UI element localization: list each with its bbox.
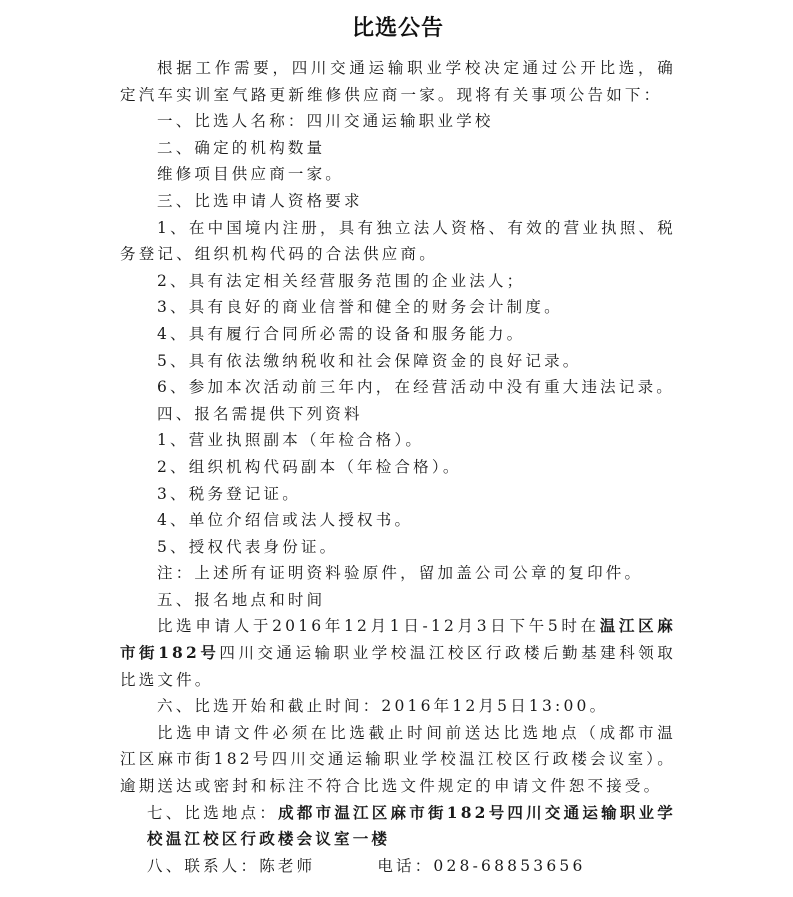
qualification-item: 5、具有依法缴纳税收和社会保障资金的良好记录。 xyxy=(120,348,676,375)
required-document-item: 3、税务登记证。 xyxy=(120,481,676,508)
qualification-item: 6、参加本次活动前三年内，在经营活动中没有重大违法记录。 xyxy=(120,374,676,401)
qualification-item: 3、具有良好的商业信誉和健全的财务会计制度。 xyxy=(120,294,676,321)
qualification-item: 1、在中国境内注册，具有独立法人资格、有效的营业执照、税务登记、组织机构代码的合… xyxy=(120,215,676,268)
section-5-heading: 五、报名地点和时间 xyxy=(120,587,676,614)
section-6-heading: 六、比选开始和截止时间：2016年12月5日13:00。 xyxy=(120,693,676,720)
section-8-contact: 八、联系人：陈老师电话：028-68853656 xyxy=(120,853,676,880)
section-7-location: 七、比选地点：成都市温江区麻市街182号四川交通运输职业学校温江校区行政楼会议室… xyxy=(120,800,676,853)
section-3-heading: 三、比选申请人资格要求 xyxy=(120,188,676,215)
section-2-heading: 二、确定的机构数量 xyxy=(120,135,676,162)
required-document-item: 5、授权代表身份证。 xyxy=(120,534,676,561)
required-document-item: 2、组织机构代码副本（年检合格）。 xyxy=(120,454,676,481)
contact-phone: 电话：028-68853656 xyxy=(377,857,585,875)
section-1-comparer-name: 一、比选人名称：四川交通运输职业学校 xyxy=(120,108,676,135)
page-title: 比选公告 xyxy=(120,14,676,44)
section-2-body: 维修项目供应商一家。 xyxy=(120,161,676,188)
qualification-item: 4、具有履行合同所必需的设备和服务能力。 xyxy=(120,321,676,348)
qualification-item: 2、具有法定相关经营服务范围的企业法人； xyxy=(120,268,676,295)
section-4-note: 注：上述所有证明资料验原件，留加盖公司公章的复印件。 xyxy=(120,560,676,587)
section-4-heading: 四、报名需提供下列资料 xyxy=(120,401,676,428)
section-6-body: 比选申请文件必须在比选截止时间前送达比选地点（成都市温江区麻市街182号四川交通… xyxy=(120,720,676,800)
intro-paragraph: 根据工作需要，四川交通运输职业学校决定通过公开比选，确定汽车实训室气路更新维修供… xyxy=(120,55,676,108)
section-5-body: 比选申请人于2016年12月1日-12月3日下午5时在温江区麻市街182号四川交… xyxy=(120,613,676,693)
section-7-label: 七、比选地点： xyxy=(147,804,278,822)
required-document-item: 4、单位介绍信或法人授权书。 xyxy=(120,507,676,534)
announcement-document: 比选公告 根据工作需要，四川交通运输职业学校决定通过公开比选，确定汽车实训室气路… xyxy=(120,14,676,879)
section-5-body-pre: 比选申请人于2016年12月1日-12月3日下午5时在 xyxy=(157,617,600,635)
contact-person: 八、联系人：陈老师 xyxy=(147,857,315,875)
required-document-item: 1、营业执照副本（年检合格）。 xyxy=(120,427,676,454)
